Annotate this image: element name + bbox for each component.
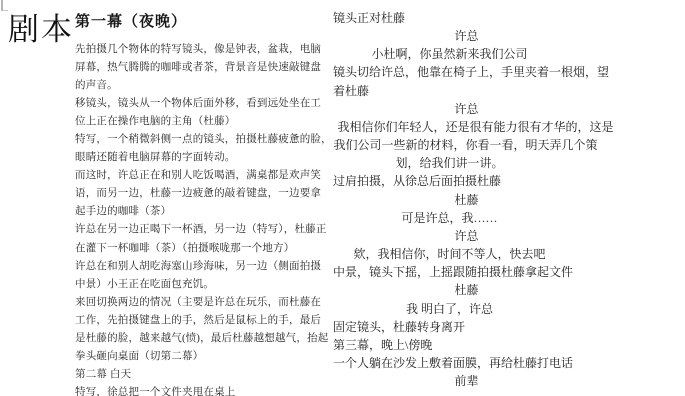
- direction-line: 位上正在操作电脑的主角（杜藤）: [75, 113, 327, 131]
- speaker-name: 许总: [333, 227, 618, 245]
- dialogue-line: 划，给我们讲一讲。: [333, 154, 618, 172]
- dialogue-line: 我相信你们年轻人，还是很有能力很有才华的，这是: [333, 118, 618, 136]
- dialogue-line: 我 明白了，许总: [333, 300, 618, 318]
- speaker-name: 许总: [333, 100, 618, 118]
- dialogue-line: 欸，我相信你，时间不等人，快去吧: [333, 245, 618, 263]
- direction-line: 特写，徐总把一个文件夹甩在桌上: [75, 384, 327, 396]
- direction-line: 特写，一个稍微斜侧一点的镜头，拍摄杜藤疲惫的脸，: [75, 131, 327, 149]
- direction-line: 许总在和别人胡吃海塞山珍海味，另一边（侧面拍摄: [75, 258, 327, 276]
- direction-line: 中景）小王正在吃面包充饥。: [75, 276, 327, 294]
- direction-line: 工作，先拍摄键盘上的手，然后是鼠标上的手，最后: [75, 312, 327, 330]
- direction-line: 固定镜头，杜藤转身离开: [333, 318, 618, 336]
- direction-line: 起手边的咖啡（茶）: [75, 203, 327, 221]
- right-column: 镜头正对杜藤 许总 小杜啊，你虽然新来我们公司 镜头切给许总，他靠在椅子上，手里…: [333, 9, 618, 390]
- direction-line: 语，而另一边，杜藤一边疲惫的敲着键盘，一边要拿: [75, 185, 327, 203]
- dialogue-line: 小杜啊，你虽然新来我们公司: [333, 45, 618, 63]
- direction-line: 过肩拍摄，从徐总后面拍摄杜藤: [333, 172, 618, 190]
- left-column: 第一幕（夜晚） 先拍摄几个物体的特写镜头，像是钟表，盆栽，电脑 屏幕，热气腾腾的…: [75, 8, 327, 396]
- direction-line: 屏幕，热气腾腾的咖啡或者茶，背景音是快速敲键盘: [75, 59, 327, 77]
- direction-line: 的声音。: [75, 77, 327, 95]
- scene-heading-line: 第三幕，晚上\傍晚: [333, 336, 618, 354]
- direction-line: 而这时，许总正在和别人吃饭喝酒，满桌都是欢声笑: [75, 167, 327, 185]
- speaker-name: 杜藤: [333, 191, 618, 209]
- speaker-name: 杜藤: [333, 281, 618, 299]
- scene-heading-line: 第二幕 白天: [75, 366, 327, 384]
- direction-line: 着杜藤: [333, 82, 618, 100]
- direction-line: 是杜藤的脸，越来越气(愤)，最后杜藤越想越气，抬起: [75, 330, 327, 348]
- direction-line: 在灌下一杯咖啡（茶）（拍摄喉咙那一个地方）: [75, 240, 327, 258]
- direction-line: 一个人躺在沙发上敷着面膜，再给杜藤打电话: [333, 354, 618, 372]
- direction-line: 拳头砸向桌面（切第二幕）: [75, 348, 327, 366]
- act-one-heading: 第一幕（夜晚）: [75, 12, 327, 32]
- direction-line: 先拍摄几个物体的特写镜头，像是钟表，盆栽，电脑: [75, 41, 327, 59]
- speaker-name: 许总: [333, 27, 618, 45]
- dialogue-line: 可是许总，我……: [333, 209, 618, 227]
- direction-line: 镜头切给许总，他靠在椅子上，手里夹着一根烟，望: [333, 63, 618, 81]
- direction-line: 来回切换两边的情况（主要是许总在玩乐，而杜藤在: [75, 294, 327, 312]
- table-corner-mark: [1, 0, 8, 11]
- direction-line: 镜头正对杜藤: [333, 9, 618, 27]
- direction-line: 移镜头，镜头从一个物体后面外移，看到远处坐在工: [75, 95, 327, 113]
- dialogue-line: 我们公司一些新的材料，你看一看，明天弄几个策: [333, 136, 618, 154]
- direction-line: 眼睛还随着电脑屏幕的字面转动。: [75, 149, 327, 167]
- direction-line: 中景，镜头下摇，上摇跟随拍摄杜藤拿起文件: [333, 263, 618, 281]
- speaker-name: 前辈: [333, 372, 618, 390]
- document-title: 剧本: [8, 4, 74, 49]
- direction-line: 许总在另一边正喝下一杯酒，另一边（特写），杜藤正: [75, 221, 327, 239]
